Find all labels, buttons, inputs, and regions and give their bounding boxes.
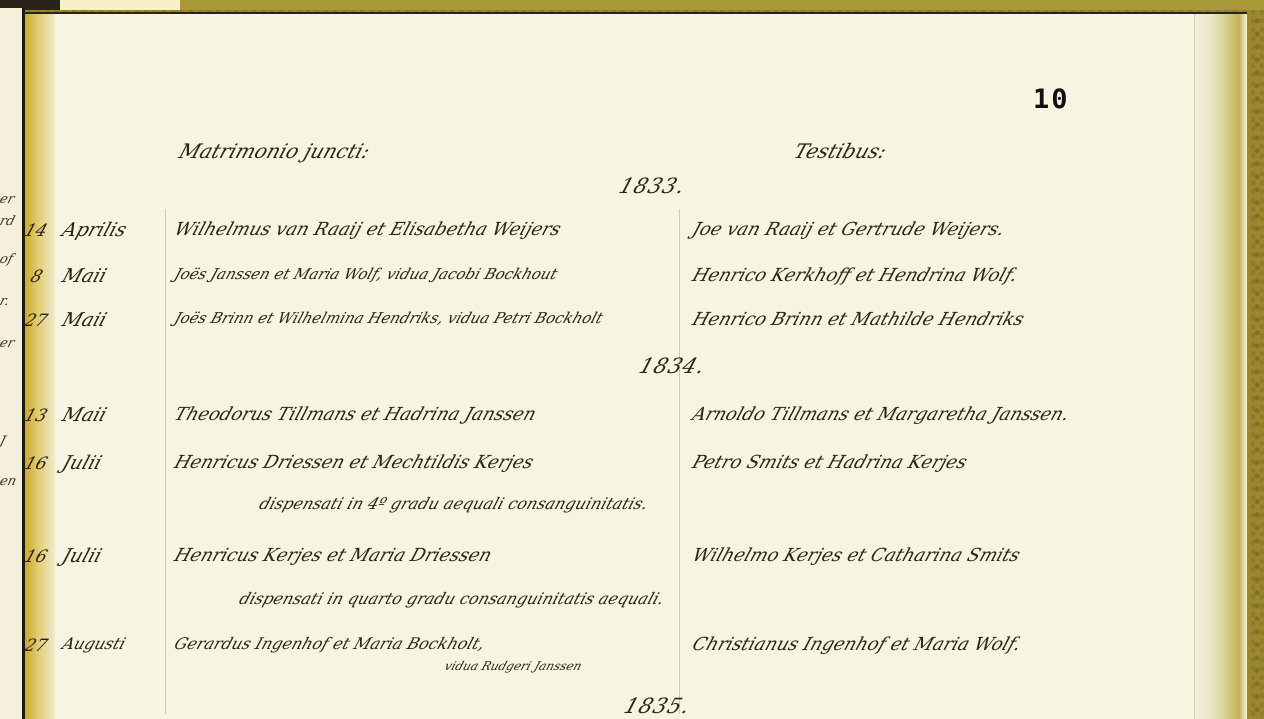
entry-spouses: Wilhelmus van Raaij et Elisabetha Weijer… [172, 219, 564, 240]
entry-dispensation-note: dispensati in quarto gradu consanguinita… [237, 589, 667, 608]
entry-month: Maii [59, 309, 109, 331]
entry-witnesses: Henrico Kerkhoff et Hendrina Wolf. [690, 265, 1021, 286]
register-page: 10 Matrimonio juncti: Testibus: 1833. 14… [25, 12, 1247, 719]
entry-witnesses: Arnoldo Tillmans et Margaretha Janssen. [690, 404, 1072, 425]
binding-top-strip [0, 0, 1264, 10]
heading-witnesses: Testibus: [791, 139, 890, 163]
entry-witnesses: Joe van Raaij et Gertrude Weijers. [690, 219, 1008, 240]
entry-spouses: Gerardus Ingenhof et Maria Bockholt, [172, 634, 488, 653]
entry-witnesses: Wilhelmo Kerjes et Catharina Smits [690, 545, 1023, 566]
entry-spouses: Henricus Driessen et Mechtildis Kerjes [172, 452, 537, 473]
entry-spouses: Theodorus Tillmans et Hadrina Janssen [172, 404, 539, 425]
entry-month: Maii [59, 404, 109, 426]
entry-month: Julii [59, 545, 104, 567]
entry-month: Augusti [60, 634, 128, 653]
entry-spouses: Joës Janssen et Maria Wolf, vidua Jacobi… [172, 265, 560, 283]
year-heading-1834: 1834. [636, 354, 709, 378]
entry-month: Julii [59, 452, 104, 474]
page-stack-edge [1194, 14, 1247, 719]
entry-dispensation-note: dispensati in 4º gradu aequali consangui… [257, 494, 651, 513]
entry-spouses: Henricus Kerjes et Maria Driessen [172, 545, 495, 566]
ruling-witness-column [679, 209, 680, 714]
binding-gutter-stain [25, 14, 55, 719]
heading-married: Matrimonio juncti: [176, 139, 373, 163]
entry-widow-note: vidua Rudgeri Janssen [443, 659, 584, 673]
page-number: 10 [1033, 84, 1070, 115]
scanned-register-image: 10 Matrimonio juncti: Testibus: 1833. 14… [0, 0, 1264, 719]
ruling-date-column [165, 209, 166, 714]
year-heading-1835: 1835. [621, 694, 694, 718]
facing-page-edge [0, 8, 25, 719]
entry-spouses: Joës Brinn et Wilhelmina Hendriks, vidua… [172, 309, 605, 327]
entry-witnesses: Petro Smits et Hadrina Kerjes [690, 452, 970, 473]
entry-month: Aprilis [59, 219, 129, 241]
entry-witnesses: Christianus Ingenhof et Maria Wolf. [690, 634, 1024, 655]
entry-month: Maii [59, 265, 109, 287]
year-heading-1833: 1833. [616, 174, 689, 198]
entry-witnesses: Henrico Brinn et Mathilde Hendriks [690, 309, 1027, 330]
